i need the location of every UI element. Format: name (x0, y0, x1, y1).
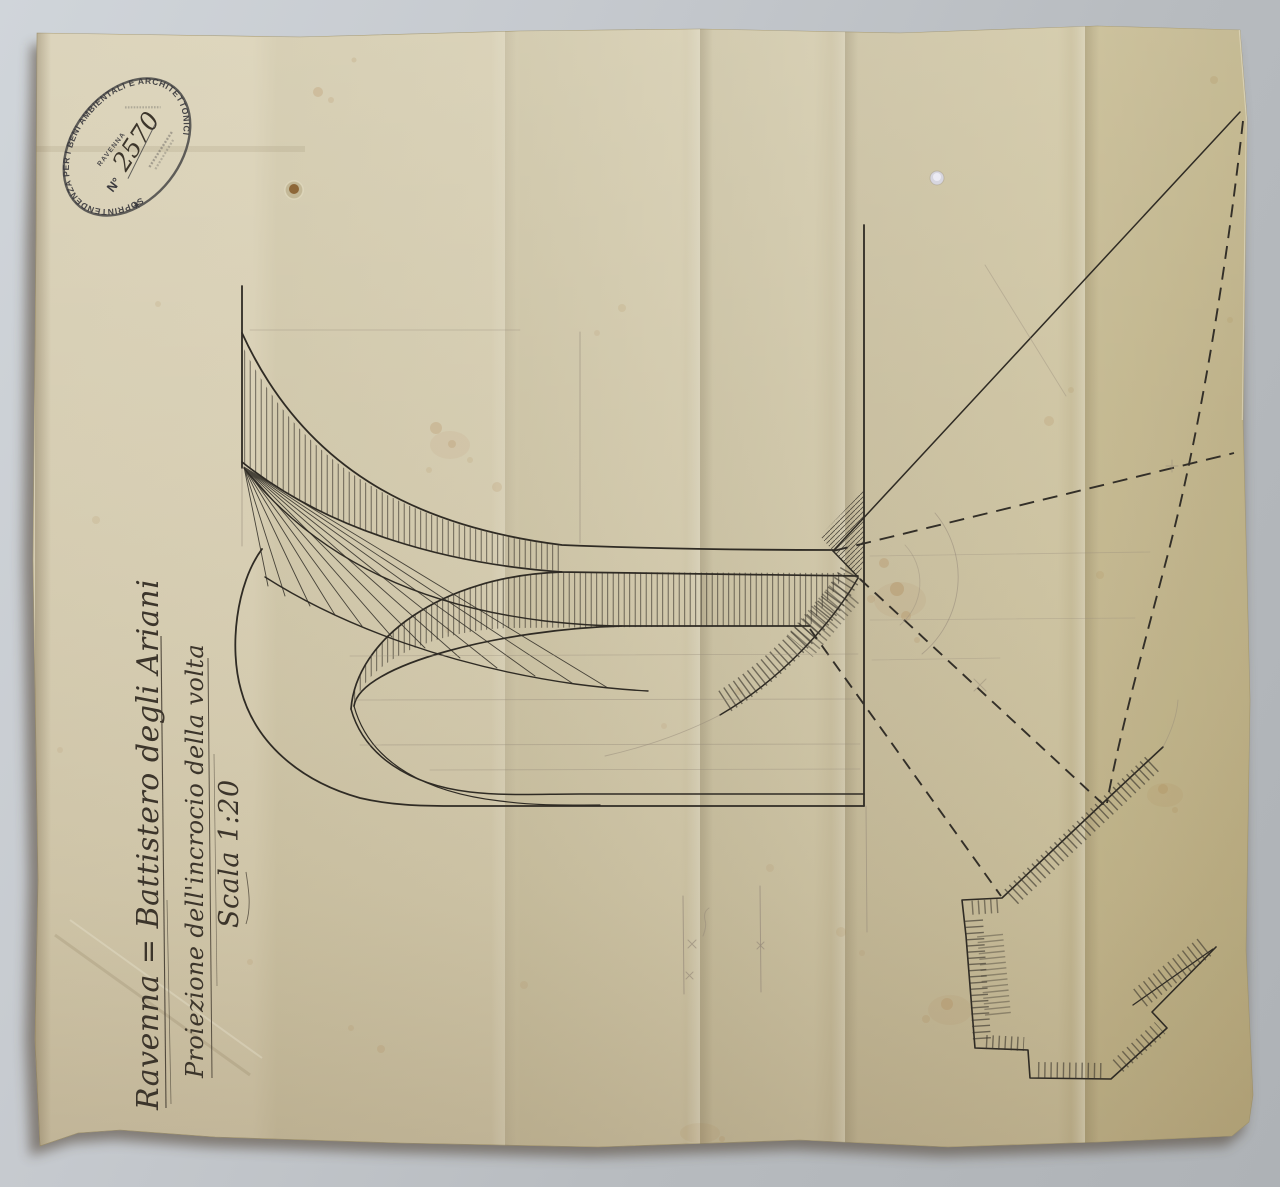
photo-backdrop: SOPRINTENDENZA PER I BENI AMBIENTALI E A… (0, 0, 1280, 1187)
title-line-1: Ravenna = Battistero degli Ariani (131, 579, 171, 1111)
archival-drawing-photo: SOPRINTENDENZA PER I BENI AMBIENTALI E A… (0, 0, 1280, 1187)
svg-text:Scala 1:20: Scala 1:20 (214, 779, 245, 928)
punch-hole-right (930, 171, 944, 185)
punch-hole-left (285, 181, 303, 199)
svg-text:Proiezione dell'incrocio della: Proiezione dell'incrocio della volta (181, 644, 209, 1079)
title-line-3: Scala 1:20 (214, 779, 249, 928)
